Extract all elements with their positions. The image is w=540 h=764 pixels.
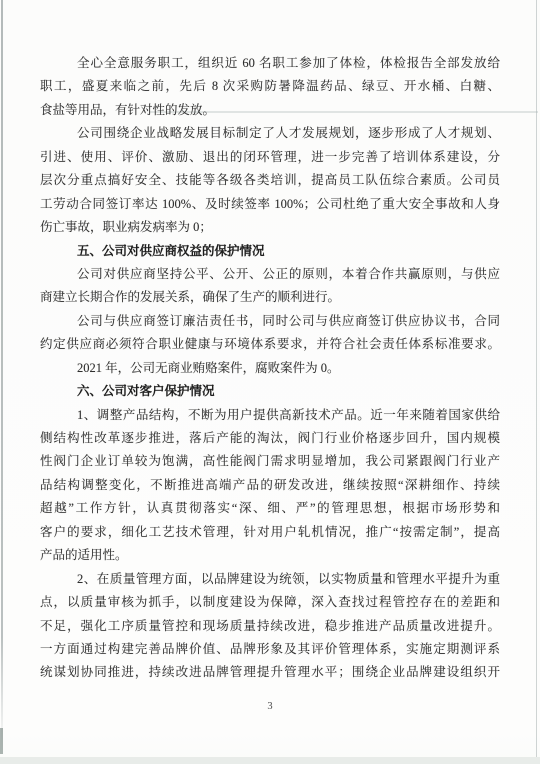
text-line: 2021 年，公司无商业贿赂案件，腐败案件为 0。 <box>40 357 500 380</box>
text-line: 公司围绕企业战略发展目标制定了人才发展规划，逐步形成了人才规划、 <box>40 122 500 145</box>
text-line: 公司与供应商签订廉洁责任书，同时公司与供应商签订供应协议书，合同 <box>40 310 500 333</box>
page-number: 3 <box>0 701 540 712</box>
text-line: 约定供应商必须符合职业健康与环境体系要求，并符合社会责任体系标准要求。 <box>40 333 500 356</box>
text-line: 公司对供应商坚持公平、公开、公正的原则，本着合作共赢原则，与供应 <box>40 263 500 286</box>
text-line: 伤亡事故，职业病发病率为 0； <box>40 216 500 239</box>
scan-edge-right <box>536 0 537 764</box>
text-line: 食盐等用品，有针对性的发放。 <box>40 99 500 122</box>
text-line: 全心全意服务职工，组织近 60 名职工参加了体检，体检报告全部发放给 <box>40 52 500 75</box>
text-line: 不足，强化工序质量管控和现场质量持续改进，稳步推进产品质量改进提升。 <box>40 615 500 638</box>
section-heading-supplier-protection: 五、公司对供应商权益的保护情况 <box>40 240 500 263</box>
text-line: 工劳动合同签订率达 100%、及时续签率 100%；公司杜绝了重大安全事故和人身 <box>40 193 500 216</box>
text-line: 客户的要求，细化工艺技术管理，针对用户轧机情况，推广“按需定制”，提高 <box>40 521 500 544</box>
text-line: 超越”工作方针，认真贯彻落实“深、细、严”的管理思想，根据市场形势和 <box>40 497 500 520</box>
text-line: 品结构调整变化，不断推进高端产品的研发改进，继续按照“深耕细作、持续 <box>40 474 500 497</box>
text-line: 性阀门企业订单较为饱满，高性能阀门需求明显增加，我公司紧跟阀门行业产 <box>40 450 500 473</box>
section-heading-customer-protection: 六、公司对客户保护情况 <box>40 380 500 403</box>
text-line: 一方面通过构建完善品牌价值、品牌形象及其评价管理体系，实施定期测评系 <box>40 638 500 661</box>
scan-edge-bottom <box>0 757 540 764</box>
text-line: 1、调整产品结构，不断为用户提供高新技术产品。近一年来随着国家供给 <box>40 404 500 427</box>
text-line: 层次分重点搞好安全、技能等各级各类培训，提高员工队伍综合素质。公司员 <box>40 169 500 192</box>
text-line: 引进、使用、评价、激励、退出的闭环管理，进一步完善了培训体系建设，分 <box>40 146 500 169</box>
text-line: 2、在质量管理方面，以品牌建设为统领，以实物质量和管理水平提升为重 <box>40 568 500 591</box>
text-line: 点，以质量审核为抓手，以制度建设为保障，深入查找过程管控存在的差距和 <box>40 591 500 614</box>
text-line: 侧结构性改革逐步推进，落后产能的淘汰，阀门行业价格逐步回升，国内规模 <box>40 427 500 450</box>
scanned-document-page: 全心全意服务职工，组织近 60 名职工参加了体检，体检报告全部发放给 职工，盛夏… <box>0 0 540 764</box>
text-line: 统谋划协同推进，持续改进品牌管理提升管理水平；围绕企业品牌建设组织开 <box>40 661 500 684</box>
text-line: 产品的适用性。 <box>40 544 500 567</box>
text-line: 职工，盛夏来临之前，先后 8 次采购防暑降温药品、绿豆、开水桶、白糖、 <box>40 75 500 98</box>
scan-edge-left <box>1 0 3 750</box>
document-body: 全心全意服务职工，组织近 60 名职工参加了体检，体检报告全部发放给 职工，盛夏… <box>40 52 500 685</box>
text-line: 商建立长期合作的发展关系，确保了生产的顺利进行。 <box>40 286 500 309</box>
scan-edge-left-mark <box>0 728 3 754</box>
